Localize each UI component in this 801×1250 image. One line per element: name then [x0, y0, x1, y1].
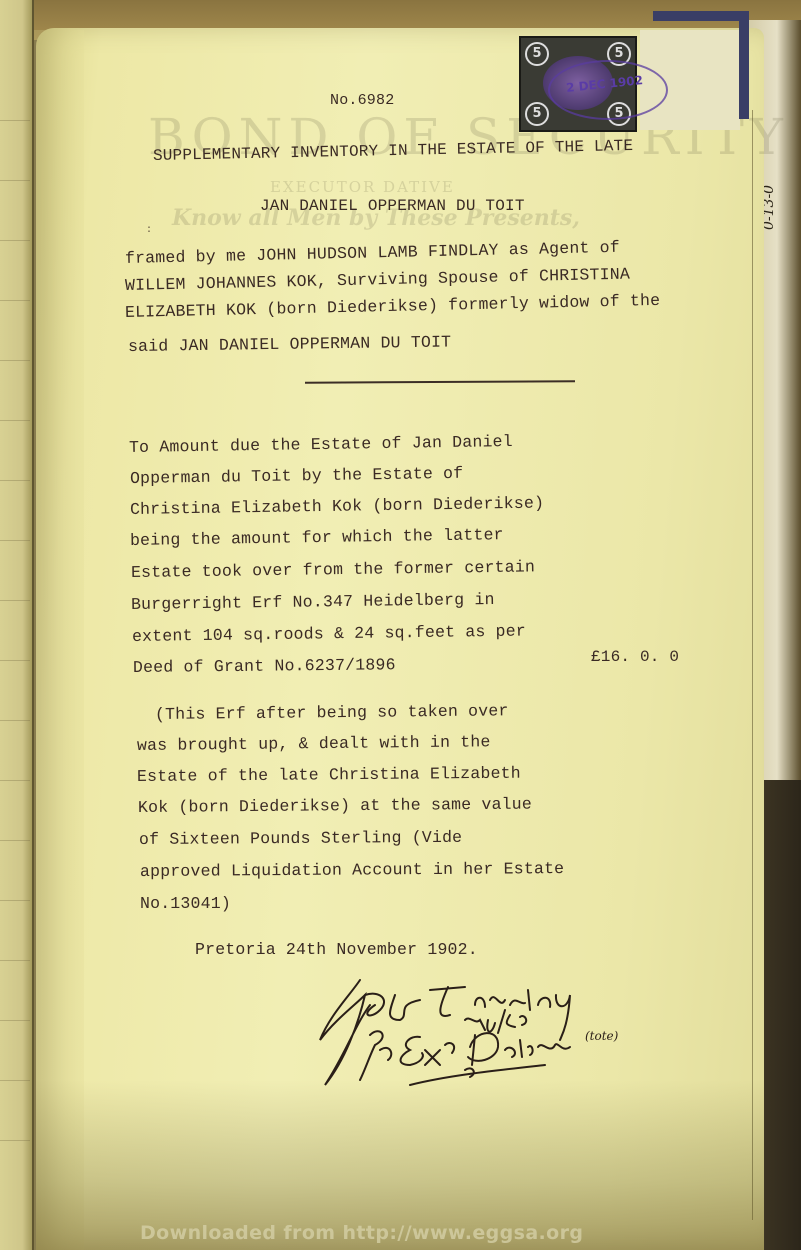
note-line: Estate of the late Christina Elizabeth — [137, 764, 521, 786]
margin-dot: : — [146, 225, 152, 236]
handwritten-signature: (tote) — [300, 965, 660, 1095]
date-line: Pretoria 24th November 1902. — [195, 940, 478, 959]
note-line: Kok (born Diederikse) at the same value — [138, 795, 532, 817]
item-amount: £16. 0. 0 — [591, 648, 679, 666]
note-line: was brought up, & dealt with in the — [137, 732, 491, 755]
page-gutter-shadow — [34, 30, 84, 1250]
second-revenue-stamp — [653, 11, 749, 119]
note-line: of Sixteen Pounds Sterling (Vide — [139, 828, 462, 849]
deceased-name: JAN DANIEL OPPERMAN DU TOIT — [260, 197, 525, 215]
note-line: approved Liquidation Account in her Esta… — [140, 859, 564, 881]
source-watermark: Downloaded from http://www.eggsa.org — [140, 1222, 583, 1244]
svg-text:(tote): (tote) — [585, 1029, 619, 1043]
note-line: (This Erf after being so taken over — [155, 701, 509, 724]
show-through-subtitle: EXECUTOR DATIVE — [270, 178, 455, 196]
document-number: No.6982 — [330, 92, 394, 109]
note-line: No.13041) — [140, 894, 231, 913]
left-binder-page — [0, 0, 34, 1250]
signature-icon: (tote) — [300, 965, 660, 1095]
page-fold-line — [752, 110, 753, 1220]
item-line: Deed of Grant No.6237/1896 — [133, 655, 396, 677]
